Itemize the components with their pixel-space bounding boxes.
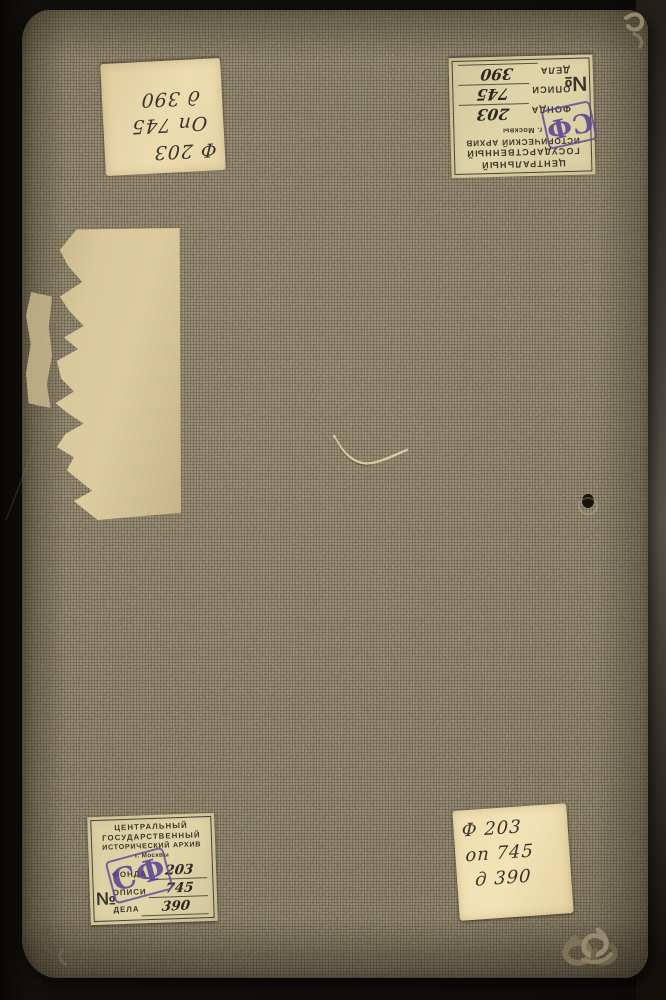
handwritten-label-top-left: Ф 203 Оп 745 д 390 (100, 58, 226, 176)
opis-field-row: ОПИСИ 745 (457, 82, 570, 102)
delo-field-value: 390 (456, 64, 538, 83)
photo-scene: Ф 203 Оп 745 д 390 ЦЕНТРАЛЬНЫЙ ГОСУДАРСТ… (0, 0, 666, 1000)
opis-field-name: ОПИСИ (531, 82, 570, 95)
opis-number-line: Оп 745 (111, 109, 208, 141)
delo-field-name: ДЕЛА (540, 63, 570, 76)
delo-field-value: 390 (142, 899, 210, 916)
archive-label-top-right: ЦЕНТРАЛЬНЫЙ ГОСУДАРСТВЕННЫЙ ИСТОРИЧЕСКИЙ… (448, 54, 595, 178)
delo-number-line: д 390 (475, 862, 564, 893)
fond-field-value: 203 (457, 103, 529, 122)
delo-field-row: ДЕЛА 390 (457, 63, 570, 83)
delo-field-row: ДЕЛА 390 (113, 899, 209, 917)
delo-field-name: ДЕЛА (113, 905, 139, 917)
archive-label-frame: ЦЕНТРАЛЬНЫЙ ГОСУДАРСТВЕННЫЙ ИСТОРИЧЕСКИЙ… (452, 57, 593, 175)
opis-field-value: 745 (456, 84, 529, 103)
archive-label-frame: ЦЕНТРАЛЬНЫЙ ГОСУДАРСТВЕННЫЙ ИСТОРИЧЕСКИЙ… (90, 816, 215, 923)
handwritten-label-bottom-right: Ф 203 оп 745 д 390 (452, 803, 573, 921)
fond-number-line: Ф 203 (112, 136, 217, 168)
delo-number-line: д 390 (109, 83, 200, 114)
archive-label-bottom-left: ЦЕНТРАЛЬНЫЙ ГОСУДАРСТВЕННЫЙ ИСТОРИЧЕСКИЙ… (87, 813, 218, 926)
